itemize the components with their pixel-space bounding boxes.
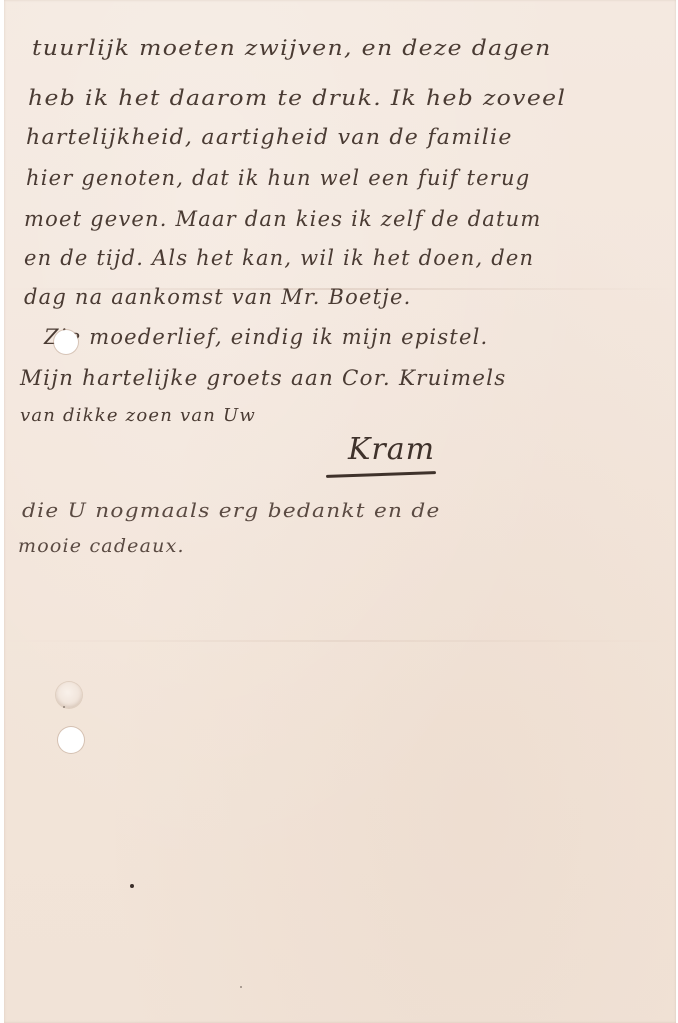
closing-line: Zie moederlief, eindig ik mijn epistel. — [44, 325, 488, 349]
letter-line: moet geven. Maar dan kies ik zelf de dat… — [24, 207, 541, 231]
ink-speck — [63, 706, 65, 708]
signature: Kram — [348, 432, 435, 467]
closing-line: Mijn hartelijke groets aan Cor. Kruimels — [20, 366, 506, 390]
letter-page: tuurlijk moeten zwijven, en deze dagen h… — [4, 0, 676, 1023]
postscript-line: mooie cadeaux. — [18, 535, 185, 557]
letter-line: heb ik het daarom te druk. Ik heb zoveel — [28, 86, 566, 110]
punch-hole-mark — [56, 682, 82, 708]
postscript-line: die U nogmaals erg bedankt en de — [22, 498, 441, 522]
letter-line: hier genoten, dat ik hun wel een fuif te… — [26, 166, 530, 190]
signature-underline — [326, 471, 436, 478]
punch-hole — [54, 330, 78, 354]
ink-speck — [240, 986, 242, 988]
letter-line: tuurlijk moeten zwijven, en deze dagen — [32, 36, 552, 60]
ink-speck — [130, 884, 134, 888]
closing-line: van dikke zoen van Uw — [20, 405, 256, 426]
letter-line: dag na aankomst van Mr. Boetje. — [24, 285, 411, 309]
punch-hole — [58, 727, 84, 753]
paper-fold-line — [4, 640, 676, 642]
letter-line: en de tijd. Als het kan, wil ik het doen… — [24, 246, 534, 270]
letter-line: hartelijkheid, aartigheid van de familie — [26, 125, 513, 149]
